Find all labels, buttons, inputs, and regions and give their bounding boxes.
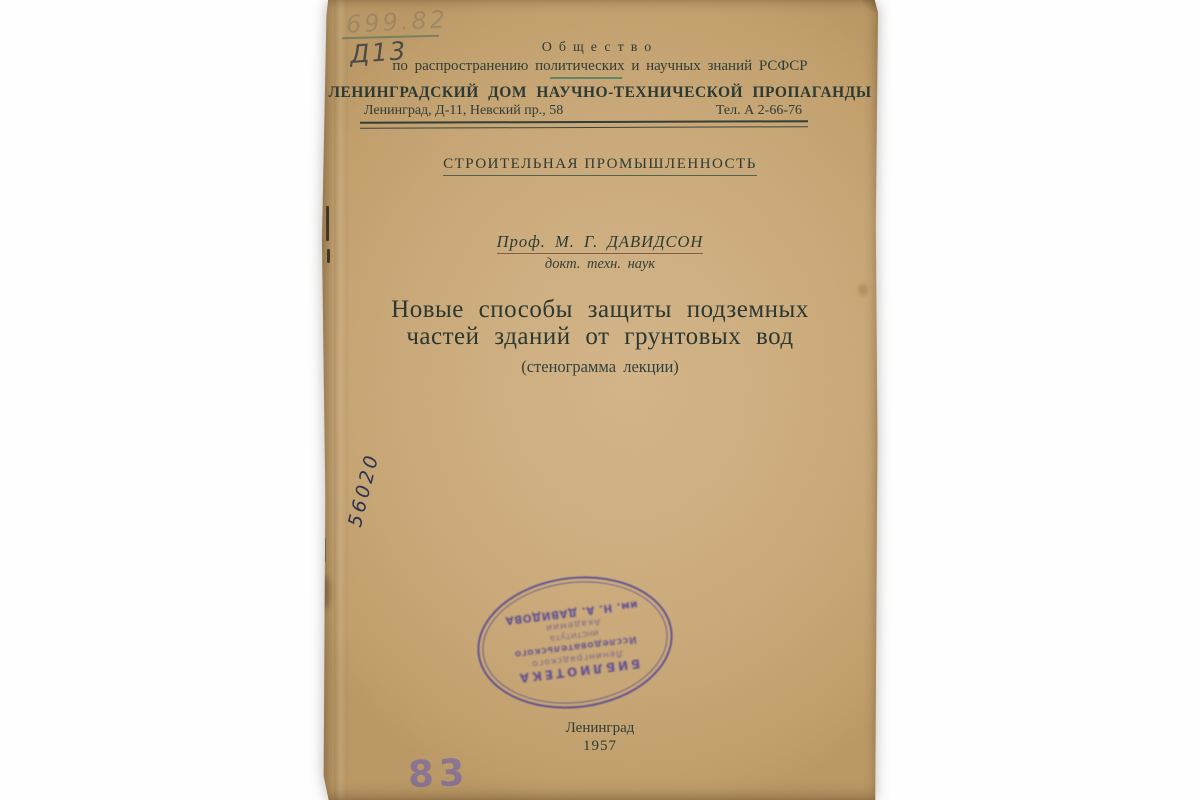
imprint-city: Ленинград: [322, 720, 878, 737]
series-title: СТРОИТЕЛЬНАЯ ПРОМЫШЛЕННОСТЬ: [443, 156, 757, 176]
series-title-wrap: СТРОИТЕЛЬНАЯ ПРОМЫШЛЕННОСТЬ: [322, 155, 878, 173]
book-subtitle: (стенограмма лекции): [322, 357, 878, 377]
book-cover-page: 699.82 Д13 56020 83 Общество по распрост…: [322, 0, 878, 800]
faint-pencil-call-number: 699.82: [345, 5, 448, 38]
book-title: Новые способы защиты подземных частей зд…: [322, 296, 878, 350]
library-stamp: БИБЛИОТЕКА Ленинградского Исследовательс…: [470, 566, 681, 720]
organization-name: ЛЕНИНГРАДСКИЙ ДОМ НАУЧНО-ТЕХНИЧЕСКОЙ ПРО…: [322, 84, 878, 102]
edge-smudge: [320, 575, 330, 609]
spine-crease: [334, 0, 348, 800]
handwritten-inventory-number: 56020: [344, 451, 384, 530]
book-title-line2: частей зданий от грунтовых вод: [322, 323, 878, 350]
author-degree: докт. техн. наук: [322, 256, 878, 273]
society-name-line2: по распространению политических и научны…: [322, 58, 878, 75]
header-rule: [360, 120, 808, 129]
staple-mark-bottom: [324, 538, 326, 562]
address-row: Ленинград, Д-11, Невский пр., 58 Тел. А …: [364, 103, 802, 119]
scan-background: 699.82 Д13 56020 83 Общество по распрост…: [0, 0, 1200, 800]
stamp-text: БИБЛИОТЕКА Ленинградского Исследовательс…: [481, 577, 669, 709]
corner-fold-shadow: [862, 0, 878, 12]
book-title-line1: Новые способы защиты подземных: [322, 296, 878, 323]
organization-address: Ленинград, Д-11, Невский пр., 58: [364, 103, 563, 119]
imprint-year: 1957: [322, 738, 878, 755]
paper-stain: [858, 284, 868, 296]
organization-phone: Тел. А 2-66-76: [716, 103, 802, 119]
stamped-copy-number: 83: [407, 751, 470, 796]
author-name: Проф. М. Г. ДАВИДСОН: [497, 232, 704, 254]
society-underline: [550, 77, 622, 79]
author-name-wrap: Проф. М. Г. ДАВИДСОН: [322, 232, 878, 252]
society-name-line1: Общество: [322, 40, 878, 56]
